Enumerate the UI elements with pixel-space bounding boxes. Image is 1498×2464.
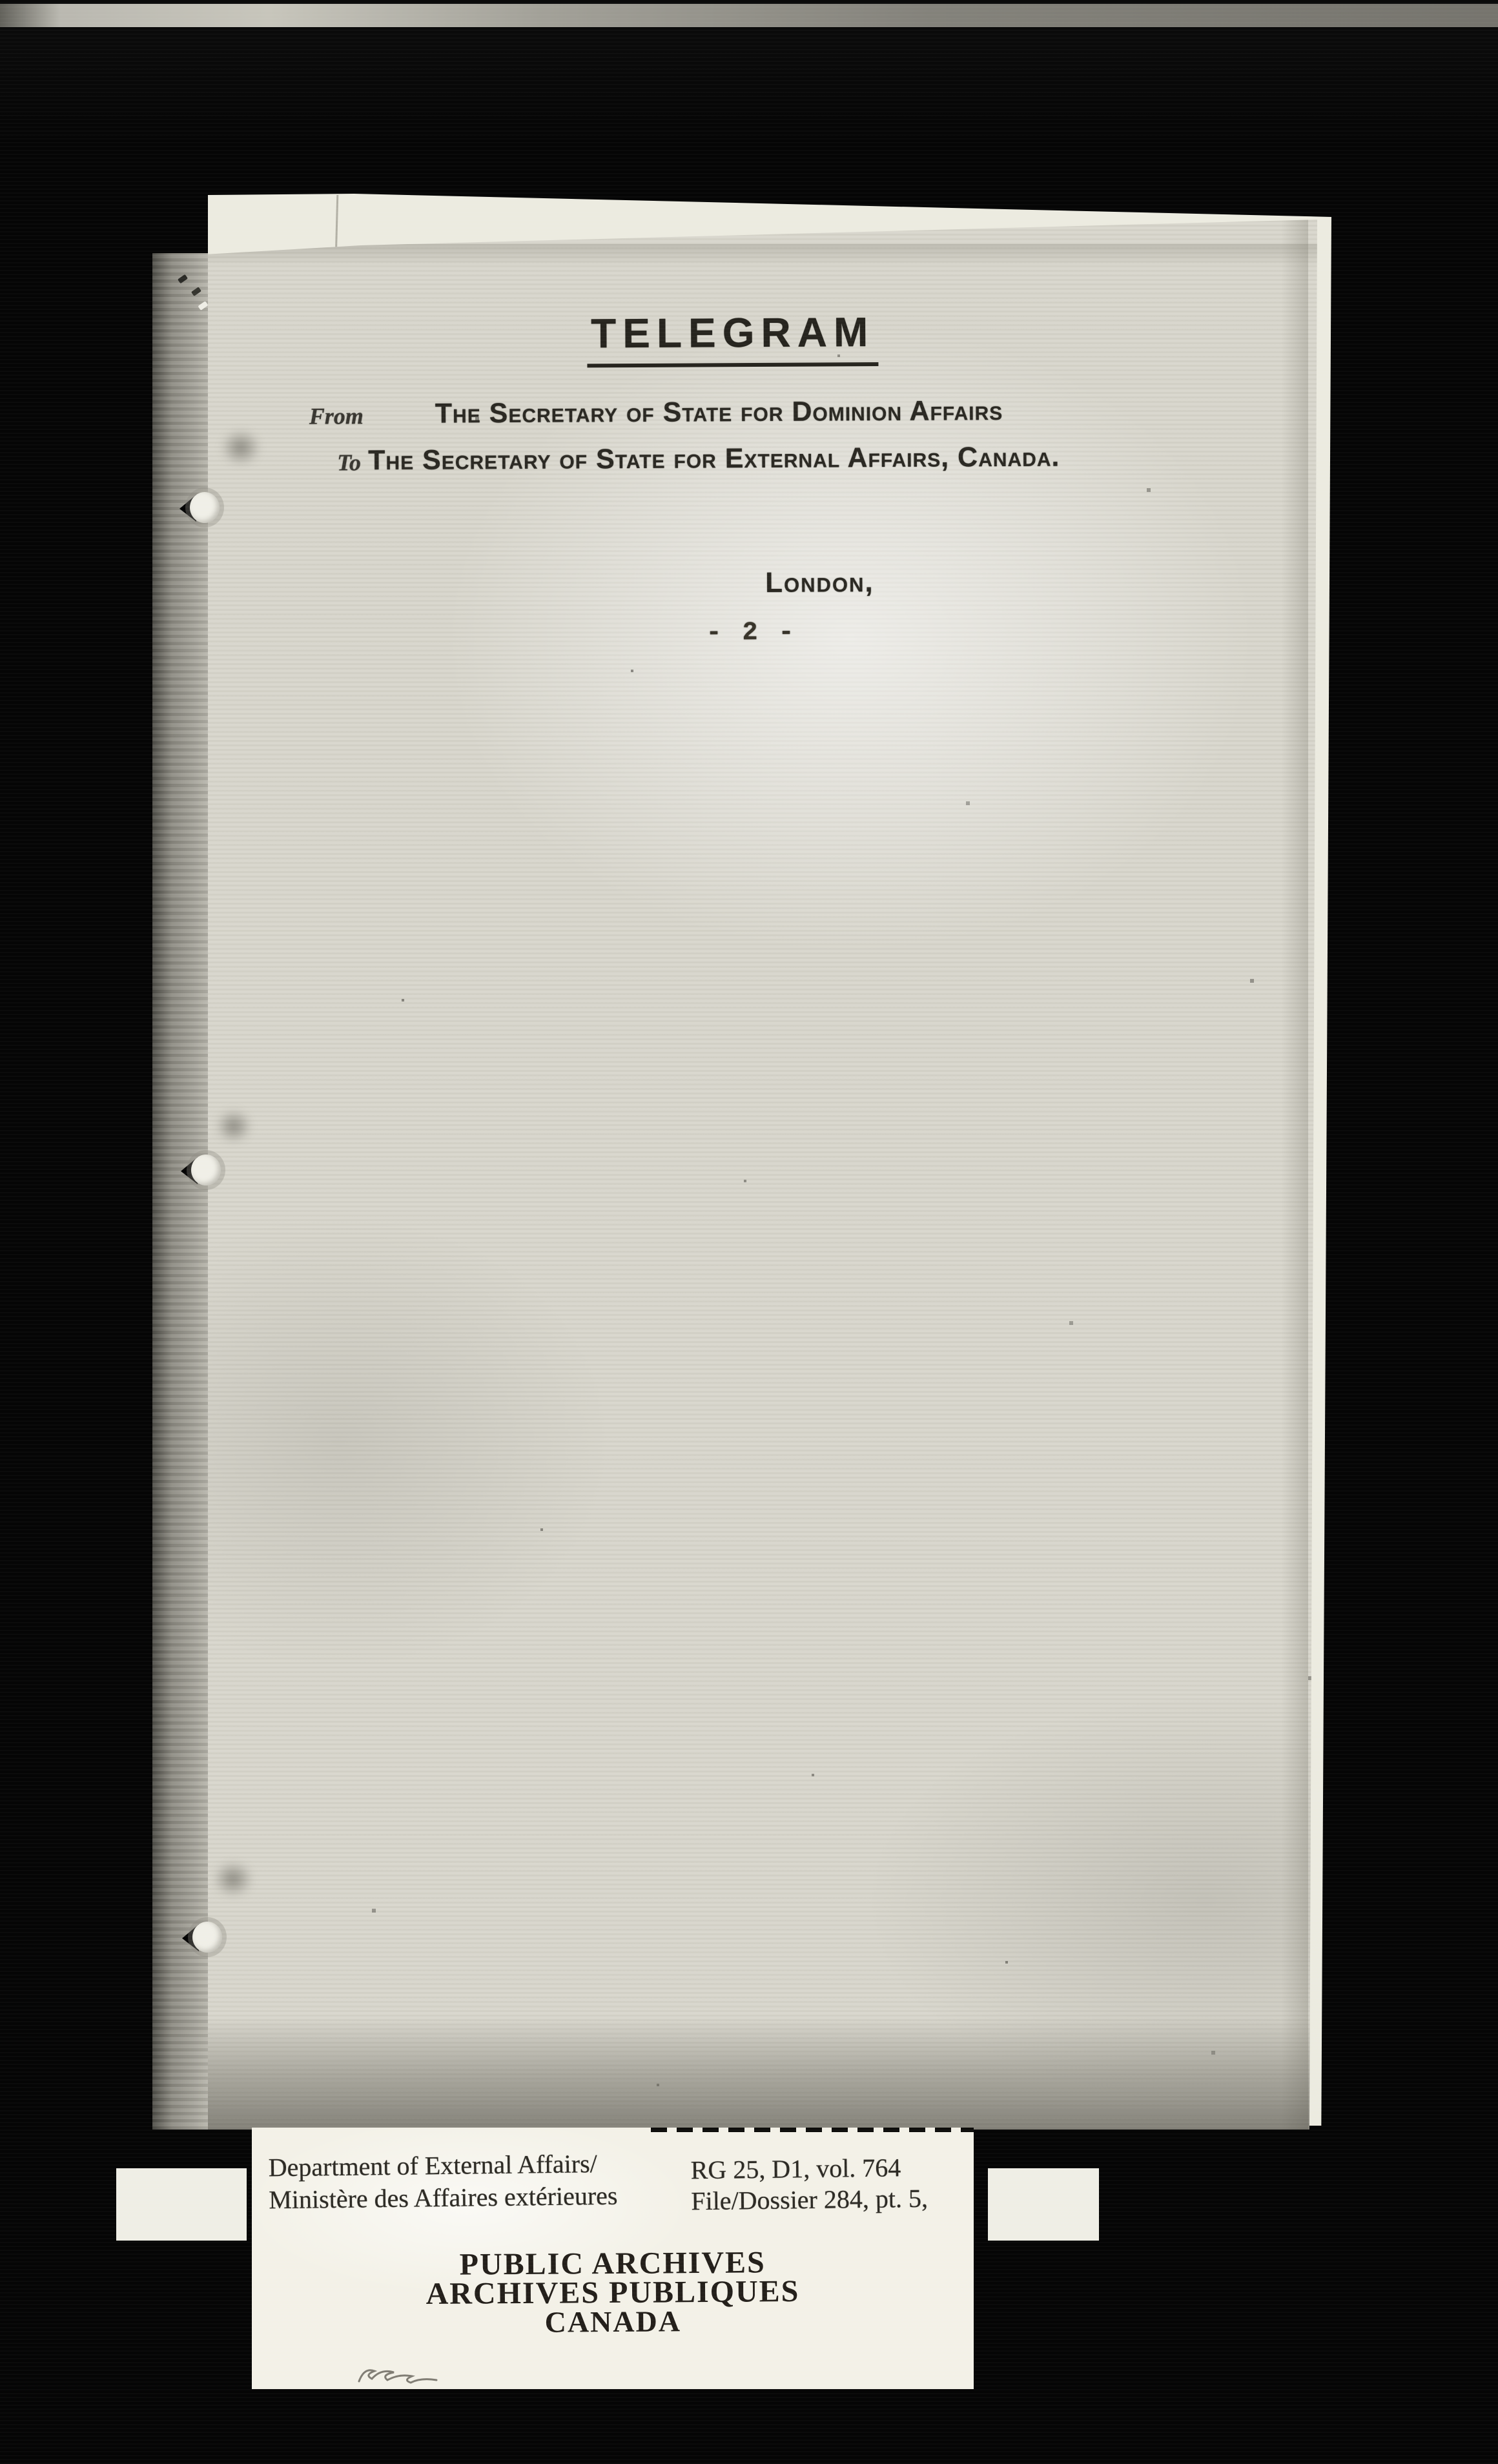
location-line: London,: [765, 566, 874, 599]
film-mount-tab-left: [116, 2168, 247, 2241]
from-line: From The Secretary of State for Dominion…: [309, 402, 364, 429]
department-stamp-en: Department of External Affairs/: [268, 2148, 617, 2184]
stamp-dashed-border: [651, 2128, 974, 2132]
smudge-mark: [221, 429, 261, 466]
punched-hole: [191, 1155, 221, 1186]
from-value: The Secretary of State for Dominion Affa…: [435, 394, 1210, 429]
film-edge-strip: [0, 4, 1498, 27]
from-label: From: [309, 403, 364, 429]
department-stamp-fr: Ministère des Affaires extérieures: [269, 2180, 618, 2217]
film-specks: [205, 218, 207, 220]
department-stamp: Department of External Affairs/ Ministèr…: [268, 2148, 617, 2217]
hole-punch: [181, 1152, 223, 1188]
page-content: TELEGRAM From The Secretary of State for…: [200, 216, 1322, 2133]
to-label: To: [337, 449, 361, 475]
microfilm-frame: TELEGRAM From The Secretary of State for…: [0, 0, 1498, 2464]
hole-punch: [182, 1919, 225, 1955]
archive-stamp-card: Department of External Affairs/ Ministèr…: [252, 2128, 974, 2389]
punched-hole: [192, 1922, 222, 1953]
archive-ref-line1: RG 25, D1, vol. 764: [690, 2152, 927, 2186]
archive-ref-line2: File/Dossier 284, pt. 5,: [691, 2183, 928, 2217]
public-archives-stamp: PUBLIC ARCHIVES ARCHIVES PUBLIQUES CANAD…: [252, 2246, 974, 2339]
page-title: TELEGRAM: [587, 308, 879, 367]
archive-reference: RG 25, D1, vol. 764 File/Dossier 284, pt…: [690, 2152, 928, 2217]
smudge-mark: [216, 1109, 252, 1143]
film-mount-tab-right: [988, 2168, 1099, 2241]
to-line: To The Secretary of State for External A…: [337, 449, 361, 476]
telegram-page: TELEGRAM From The Secretary of State for…: [205, 218, 1317, 2130]
hole-punch: [180, 489, 222, 526]
pen-scribble: [356, 2357, 440, 2393]
page-number: - 2 -: [706, 619, 796, 648]
page-left-edge-strip: [152, 253, 208, 2130]
smudge-mark: [213, 1861, 253, 1897]
to-value: The Secretary of State for External Affa…: [368, 440, 1272, 477]
public-archives-line-canada: CANADA: [252, 2305, 974, 2339]
punched-hole: [190, 492, 220, 523]
